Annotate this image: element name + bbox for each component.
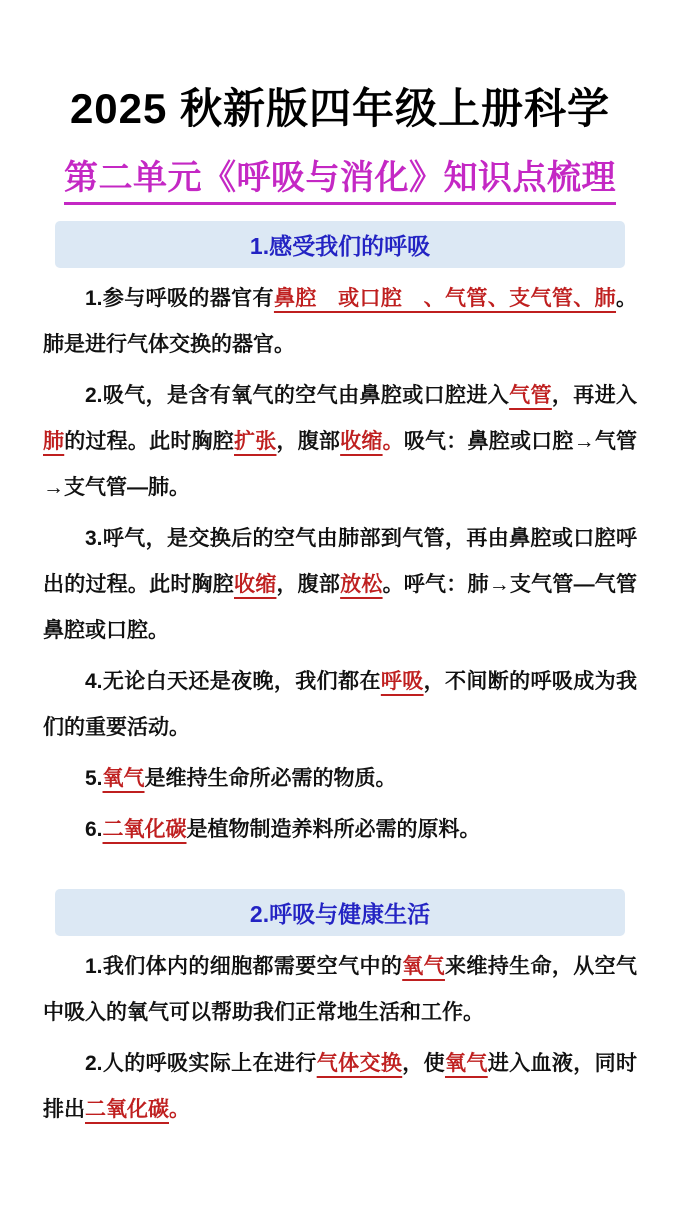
paragraph: 2.吸气，是含有氧气的空气由鼻腔或口腔进入气管，再进入肺的过程。此时胸腔扩张，腹… — [43, 373, 637, 511]
paragraph: 3.呼气，是交换后的空气由肺部到气管，再由鼻腔或口腔呼出的过程。此时胸腔收缩，腹… — [43, 516, 637, 654]
highlighted-term: 收缩 — [340, 430, 382, 453]
highlighted-term: 二氧化碳 — [85, 1098, 169, 1121]
page-title: 2025 秋新版四年级上册科学 — [43, 76, 637, 136]
paragraph: 4.无论白天还是夜晚，我们都在呼吸，不间断的呼吸成为我们的重要活动。 — [43, 659, 637, 751]
section: 1.感受我们的呼吸1.参与呼吸的器官有鼻腔 或口腔 、气管、支气管、肺。肺是进行… — [43, 221, 637, 853]
text-run: 5. — [85, 767, 103, 790]
paragraph: 1.参与呼吸的器官有鼻腔 或口腔 、气管、支气管、肺。肺是进行气体交换的器官。 — [43, 276, 637, 368]
page-subtitle: 第二单元《呼吸与消化》知识点梳理 — [64, 150, 616, 205]
text-run: 是维持生命所必需的物质。 — [145, 767, 397, 790]
text-run: 2.人的呼吸实际上在进行 — [85, 1052, 317, 1075]
highlighted-term: 二氧化碳 — [103, 818, 187, 841]
paragraph: 5.氧气是维持生命所必需的物质。 — [43, 756, 637, 802]
highlighted-term: 收缩 — [234, 573, 276, 596]
page-subtitle-row: 第二单元《呼吸与消化》知识点梳理 — [43, 150, 637, 205]
highlighted-term: 氧气 — [445, 1052, 488, 1075]
text-run: 4.无论白天还是夜晚，我们都在 — [85, 670, 381, 693]
text-run: 6. — [85, 818, 103, 841]
section-heading: 1.感受我们的呼吸 — [55, 221, 625, 268]
red-text: 。 — [169, 1098, 190, 1121]
highlighted-term: 氧气 — [402, 955, 445, 978]
highlighted-term: 鼻腔 或口腔 、气管、支气管、肺 — [274, 287, 616, 310]
text-run: ，腹部 — [276, 430, 340, 453]
paragraph: 2.人的呼吸实际上在进行气体交换，使氧气进入血液，同时排出二氧化碳。 — [43, 1041, 637, 1133]
text-run: 1.参与呼吸的器官有 — [85, 287, 274, 310]
highlighted-term: 气管 — [509, 384, 552, 407]
section: 2.呼吸与健康生活1.我们体内的细胞都需要空气中的氧气来维持生命，从空气中吸入的… — [43, 889, 637, 1133]
text-run: ，使 — [402, 1052, 445, 1075]
document-body: 1.感受我们的呼吸1.参与呼吸的器官有鼻腔 或口腔 、气管、支气管、肺。肺是进行… — [43, 221, 637, 1133]
text-run: ，再进入 — [552, 384, 637, 407]
highlighted-term: 肺 — [43, 430, 64, 453]
text-run: 2.吸气，是含有氧气的空气由鼻腔或口腔进入 — [85, 384, 509, 407]
highlighted-term: 呼吸 — [381, 670, 424, 693]
document-page: 2025 秋新版四年级上册科学 第二单元《呼吸与消化》知识点梳理 1.感受我们的… — [0, 0, 680, 1133]
text-run: 1.我们体内的细胞都需要空气中的 — [85, 955, 402, 978]
paragraph: 6.二氧化碳是植物制造养料所必需的原料。 — [43, 807, 637, 853]
section-heading: 2.呼吸与健康生活 — [55, 889, 625, 936]
paragraph: 1.我们体内的细胞都需要空气中的氧气来维持生命，从空气中吸入的氧气可以帮助我们正… — [43, 944, 637, 1036]
text-run: 是植物制造养料所必需的原料。 — [187, 818, 481, 841]
highlighted-term: 氧气 — [103, 767, 145, 790]
highlighted-term: 放松 — [340, 573, 382, 596]
highlighted-term: 气体交换 — [317, 1052, 403, 1075]
text-run: ，腹部 — [276, 573, 340, 596]
highlighted-term: 扩张 — [234, 430, 276, 453]
red-text: 。 — [383, 430, 404, 453]
text-run: 的过程。此时胸腔 — [64, 430, 234, 453]
